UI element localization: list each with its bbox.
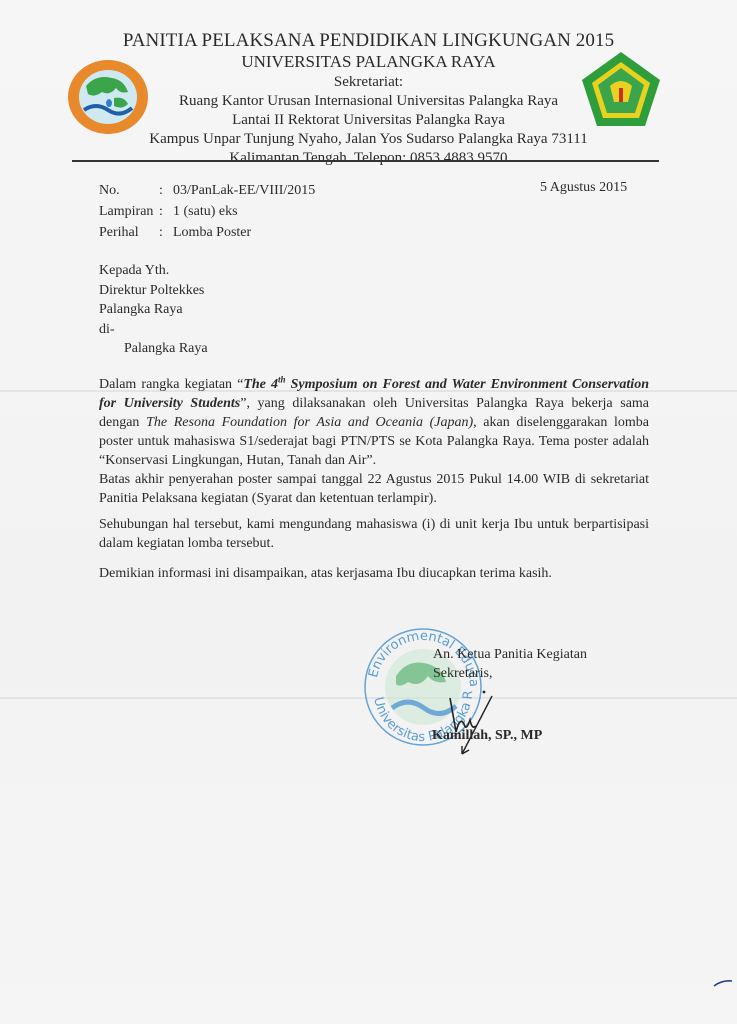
- handwritten-signature-icon: [440, 680, 520, 760]
- letterhead-divider: [72, 160, 659, 162]
- deadline-text: Batas akhir penyerahan poster sampai tan…: [99, 472, 649, 506]
- addressee-city: Palangka Raya: [99, 339, 208, 359]
- letter-number: 03/PanLak-EE/VIII/2015: [173, 180, 315, 201]
- secretariat-label: Sekretariat:: [0, 74, 737, 91]
- addressee-line: di-: [99, 320, 208, 340]
- university-name: UNIVERSITAS PALANGKA RAYA: [0, 52, 737, 72]
- address-line: Lantai II Rektorat Universitas Palangka …: [0, 112, 737, 129]
- pen-mark: [712, 978, 734, 988]
- body-paragraph-2: Sehubungan hal tersebut, kami mengundang…: [99, 515, 649, 553]
- body-paragraph-1: Dalam rangka kegiatan “The 4th Symposium…: [99, 375, 649, 508]
- text: Dalam rangka kegiatan “: [99, 377, 243, 392]
- subject-value: Lomba Poster: [173, 222, 251, 243]
- addressee-line: Kepada Yth.: [99, 261, 208, 281]
- signature-block: An. Ketua Panitia Kegiatan Sekretaris,: [433, 645, 587, 683]
- text: The 4: [243, 377, 278, 392]
- addressee-line: Palangka Raya: [99, 300, 208, 320]
- signer-role: An. Ketua Panitia Kegiatan: [433, 645, 587, 664]
- meta-key: Perihal: [99, 222, 159, 243]
- meta-key: Lampiran: [99, 201, 159, 222]
- addressee-line: Direktur Poltekkes: [99, 281, 208, 301]
- address-line: Kampus Unpar Tunjung Nyaho, Jalan Yos Su…: [0, 131, 737, 148]
- meta-row-subject: Perihal : Lomba Poster: [99, 222, 315, 243]
- letter-page: PANITIA PELAKSANA PENDIDIKAN LINGKUNGAN …: [0, 0, 737, 1024]
- meta-key: No.: [99, 180, 159, 201]
- partner-name: The Resona Foundation for Asia and Ocean…: [146, 415, 473, 430]
- letter-date: 5 Agustus 2015: [540, 180, 627, 196]
- meta-row-number: No. : 03/PanLak-EE/VIII/2015: [99, 180, 315, 201]
- addressee-block: Kepada Yth. Direktur Poltekkes Palangka …: [99, 261, 208, 359]
- meta-colon: :: [159, 180, 173, 201]
- committee-title: PANITIA PELAKSANA PENDIDIKAN LINGKUNGAN …: [0, 30, 737, 52]
- address-line: Ruang Kantor Urusan Internasional Univer…: [0, 93, 737, 110]
- meta-colon: :: [159, 222, 173, 243]
- address-line: Kalimantan Tengah. Telepon: 0853 4883 95…: [0, 150, 737, 167]
- attachment-value: 1 (satu) eks: [173, 201, 238, 222]
- body-paragraph-3: Demikian informasi ini disampaikan, atas…: [99, 564, 649, 583]
- meta-row-attachment: Lampiran : 1 (satu) eks: [99, 201, 315, 222]
- letter-meta: No. : 03/PanLak-EE/VIII/2015 Lampiran : …: [99, 180, 315, 243]
- superscript: th: [278, 374, 286, 384]
- signer-name: Kamillah, SP., MP: [432, 728, 542, 744]
- meta-colon: :: [159, 201, 173, 222]
